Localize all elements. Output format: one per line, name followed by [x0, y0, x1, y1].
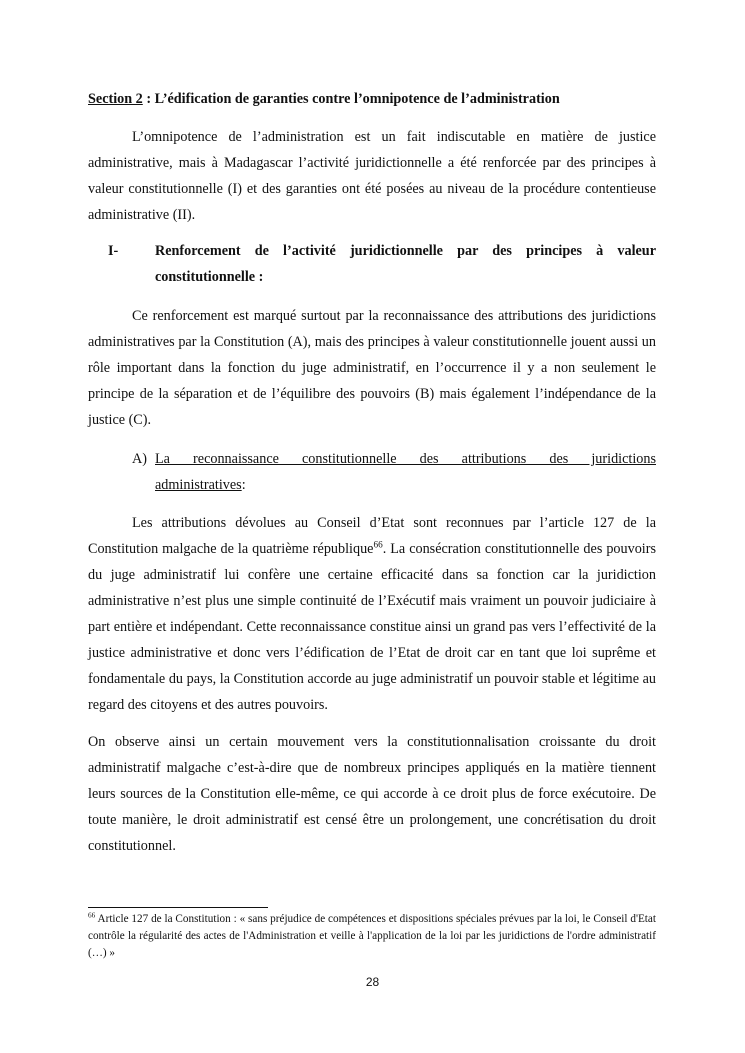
heading-I-number: I- [108, 238, 118, 264]
paragraph-subsection-A: Les attributions dévolues au Conseil d’E… [88, 510, 656, 718]
footnote-separator [88, 907, 268, 908]
paragraph-constitutionalisation: On observe ainsi un certain mouvement ve… [88, 729, 656, 859]
heading-A-line2-suffix: : [242, 477, 246, 493]
heading-I-line2: constitutionnelle : [155, 269, 263, 285]
section-title: Section 2 : L’édification de garanties c… [88, 86, 656, 112]
paragraph-A-text-after: . La consécration constitutionnelle des … [88, 541, 656, 713]
heading-A-line2: administratives [155, 477, 242, 493]
intro-paragraph: L’omnipotence de l’administration est un… [88, 124, 656, 228]
section-title-text: L’édification de garanties contre l’omni… [155, 91, 560, 107]
paragraph-part-I: Ce renforcement est marqué surtout par l… [88, 303, 656, 433]
heading-A-number: A) [132, 446, 147, 472]
section-separator: : [143, 91, 155, 107]
page-number: 28 [0, 975, 745, 989]
footnote-text: Article 127 de la Constitution : « sans … [88, 913, 656, 959]
heading-A-line1: La reconnaissance constitutionnelle des … [155, 446, 656, 472]
document-page: Section 2 : L’édification de garanties c… [0, 0, 745, 1053]
heading-I-line1: Renforcement de l’activité juridictionne… [155, 238, 656, 264]
footnote-reference[interactable]: 66 [373, 539, 382, 549]
section-label: Section 2 [88, 91, 143, 107]
footnote-66: 66 Article 127 de la Constitution : « sa… [88, 911, 656, 962]
